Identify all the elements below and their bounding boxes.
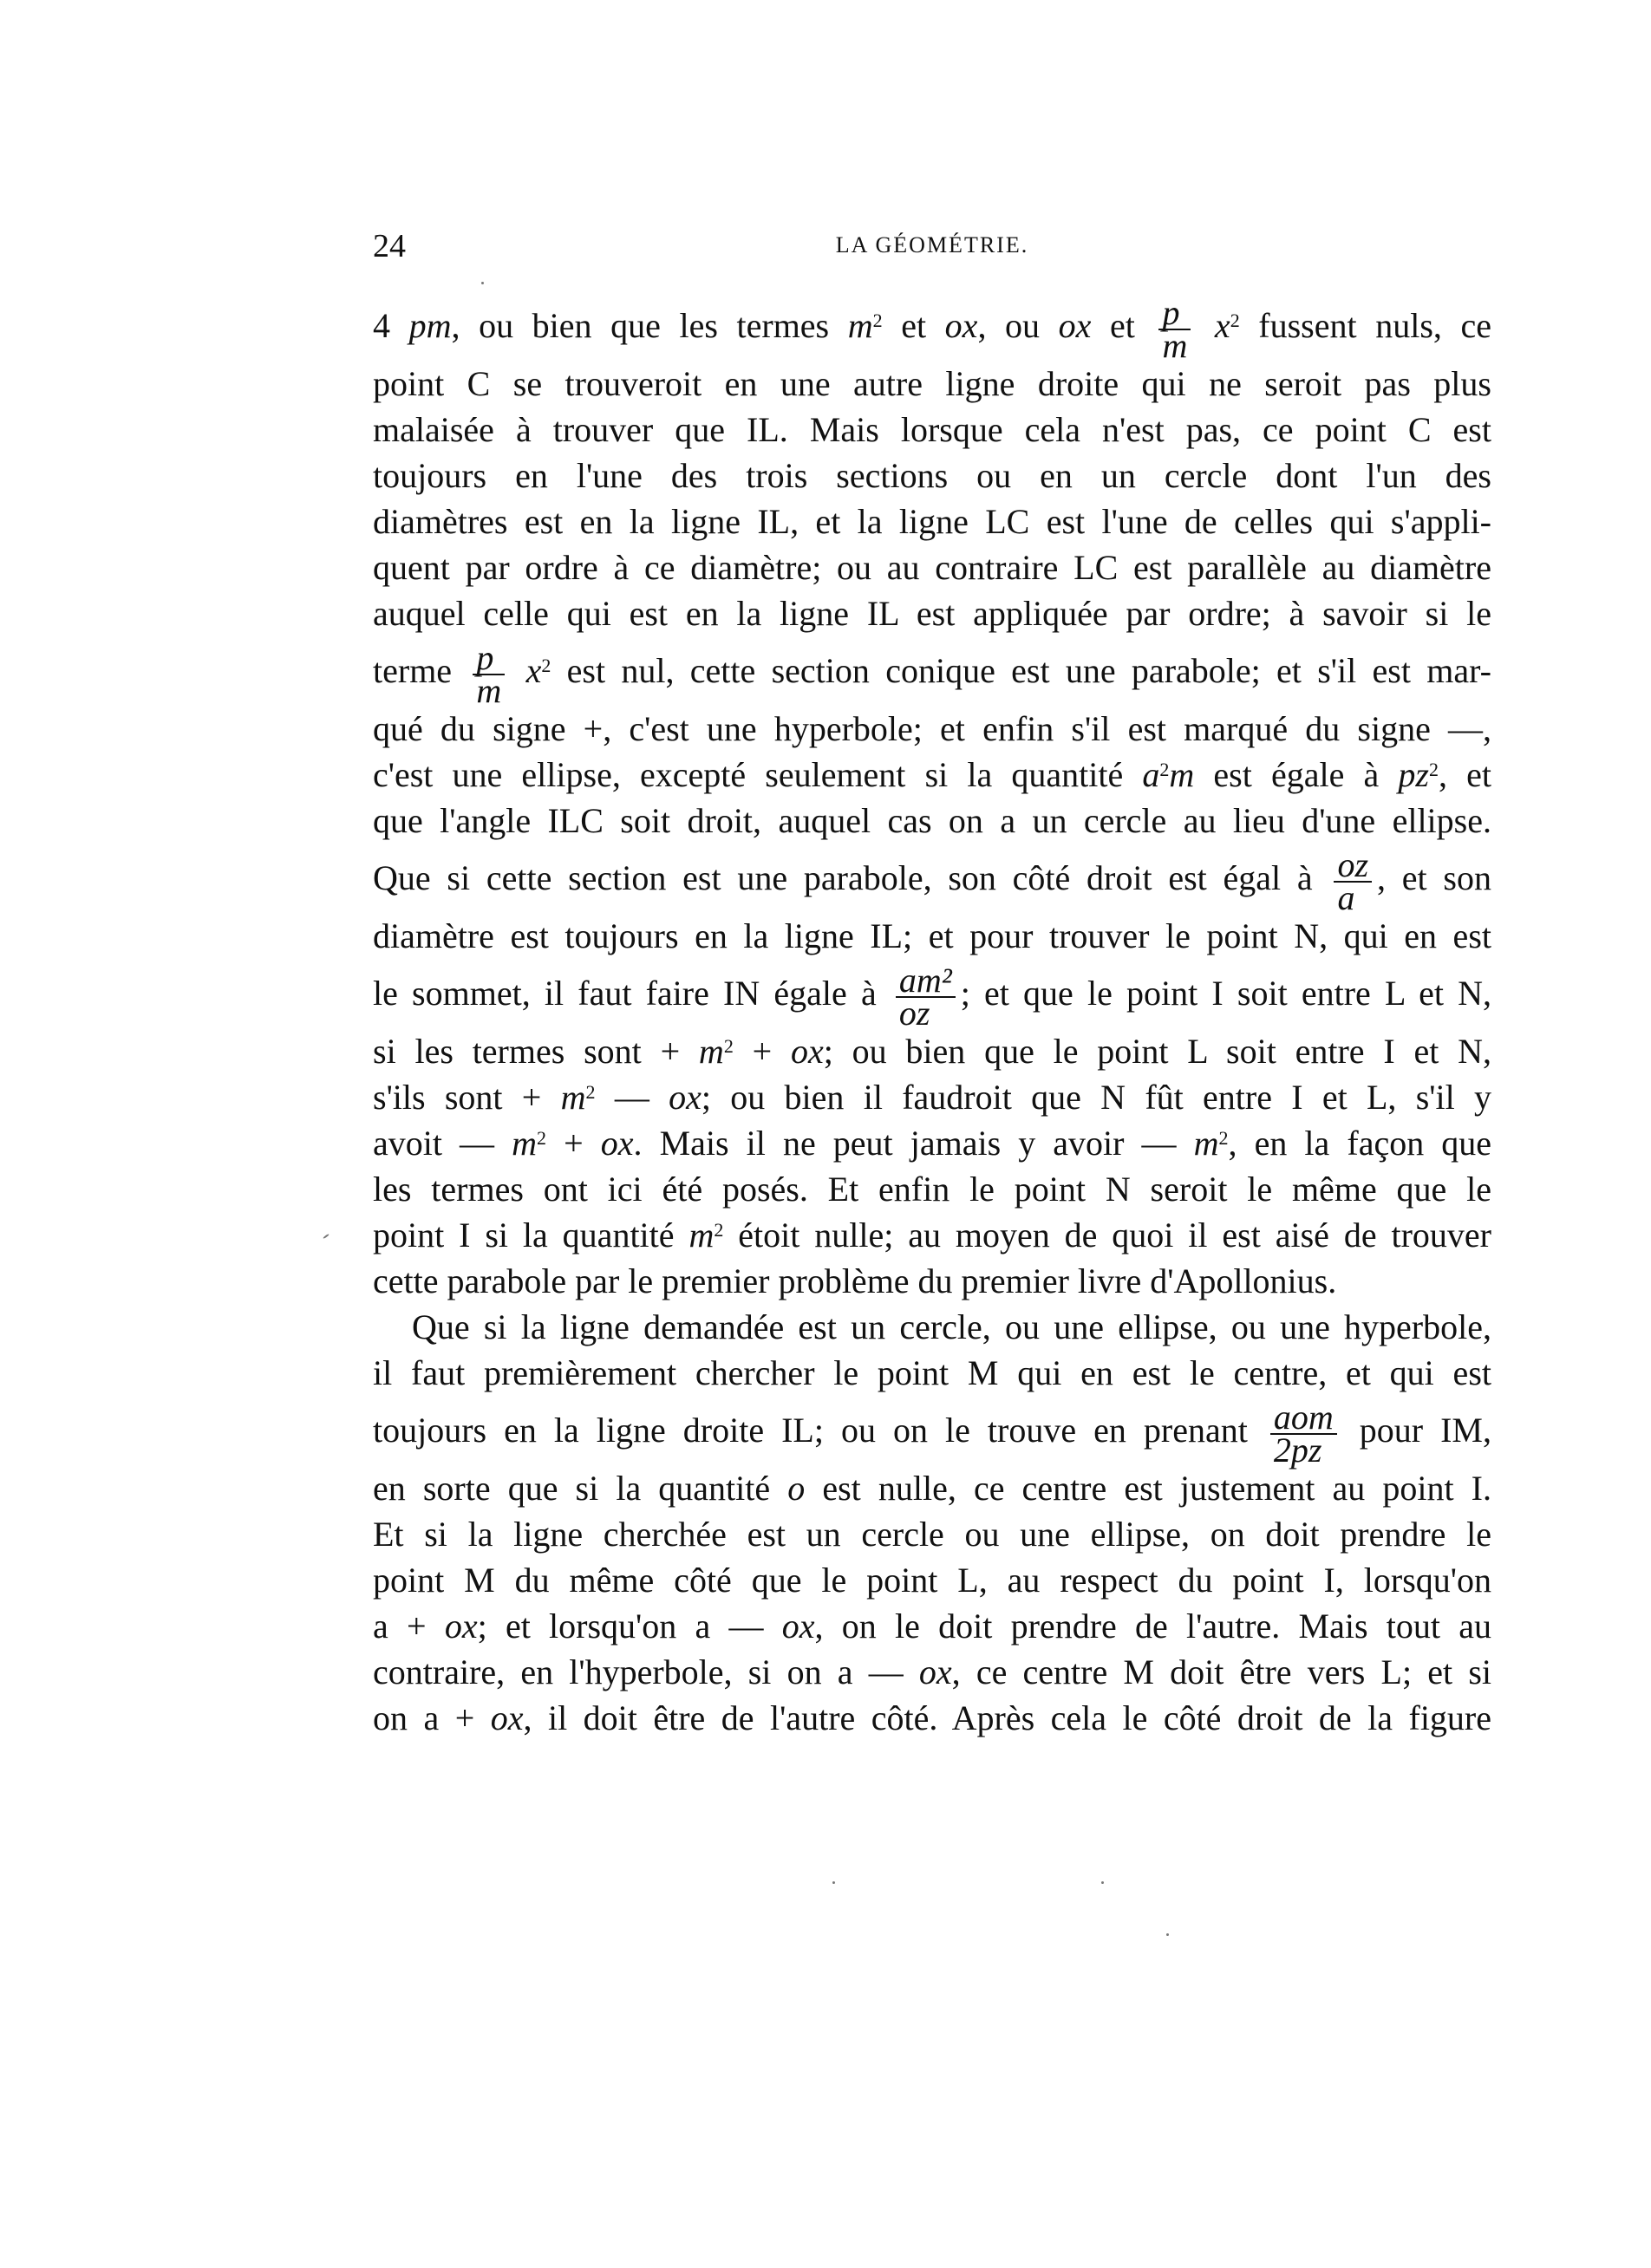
- scan-speck: [1166, 1933, 1169, 1936]
- text-line: contraire, en l'hyperbole, si on a — ox,…: [373, 1649, 1491, 1695]
- text-line: Que si la ligne demandée est un cercle, …: [373, 1304, 1491, 1350]
- text-line: toujours en l'une des trois sections ou …: [373, 453, 1491, 499]
- text-line: si les termes sont + m2 + ox; ou bien qu…: [373, 1028, 1491, 1074]
- text-line: 4 pm, ou bien que les termes m2 et ox, o…: [373, 291, 1491, 361]
- text-line: point M du même côté que le point L, au …: [373, 1557, 1491, 1603]
- text-line: qué du signe +, c'est une hyperbole; et …: [373, 706, 1491, 752]
- text-line: terme pm x2 est nul, cette section coniq…: [373, 636, 1491, 706]
- fraction: pm: [1158, 297, 1191, 362]
- text-line: avoit — m2 + ox. Mais il ne peut jamais …: [373, 1120, 1491, 1166]
- fraction: oza: [1334, 850, 1372, 914]
- text-line: que l'angle ILC soit droit, auquel cas o…: [373, 798, 1491, 844]
- scan-speck: [832, 1881, 835, 1884]
- text-line: toujours en la ligne droite IL; ou on le…: [373, 1396, 1491, 1465]
- text-line: les termes ont ici été posés. Et enfin l…: [373, 1166, 1491, 1212]
- text-line: malaisée à trouver que IL. Mais lorsque …: [373, 407, 1491, 453]
- running-header: 24 LA GÉOMÉTRIE.: [373, 227, 1491, 270]
- text-line: quent par ordre à ce diamètre; ou au con…: [373, 544, 1491, 590]
- text-line: c'est une ellipse, excepté seulement si …: [373, 752, 1491, 798]
- text-line: le sommet, il faut faire IN égale à am²o…: [373, 959, 1491, 1028]
- fraction: pm: [473, 642, 505, 707]
- text-line: auquel celle qui est en la ligne IL est …: [373, 590, 1491, 636]
- text-line: point I si la quantité m2 étoit nulle; a…: [373, 1212, 1491, 1258]
- running-title: LA GÉOMÉTRIE.: [373, 232, 1491, 258]
- text-line: diamètre est toujours en la ligne IL; et…: [373, 913, 1491, 959]
- body-text: 4 pm, ou bien que les termes m2 et ox, o…: [373, 291, 1491, 1741]
- fraction: am²oz: [896, 965, 956, 1029]
- text-line: il faut premièrement chercher le point M…: [373, 1350, 1491, 1396]
- text-line: s'ils sont + m2 — ox; ou bien il faudroi…: [373, 1074, 1491, 1120]
- text-line: en sorte que si la quantité o est nulle,…: [373, 1465, 1491, 1511]
- scan-speck: [1101, 1881, 1104, 1884]
- text-line: on a + ox, il doit être de l'autre côté.…: [373, 1695, 1491, 1741]
- text-line: point C se trouveroit en une autre ligne…: [373, 361, 1491, 407]
- text-line: Et si la ligne cherchée est un cercle ou…: [373, 1511, 1491, 1557]
- scan-speck: [481, 282, 484, 284]
- scan-speck: [323, 1234, 330, 1239]
- fraction: aom2pz: [1270, 1402, 1337, 1466]
- text-line: cette parabole par le premier problème d…: [373, 1258, 1491, 1304]
- text-line: Que si cette section est une parabole, s…: [373, 844, 1491, 913]
- text-line: diamètres est en la ligne IL, et la lign…: [373, 499, 1491, 544]
- text-line: a + ox; et lorsqu'on a — ox, on le doit …: [373, 1603, 1491, 1649]
